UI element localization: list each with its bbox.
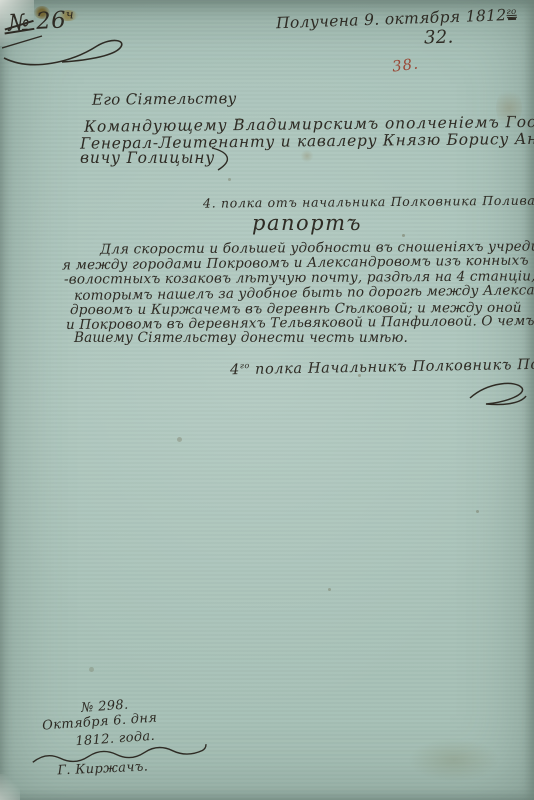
paper-stain — [300, 150, 314, 162]
report-subheading: 4. полка отъ начальника Полковника Полив… — [203, 192, 534, 210]
received-text: Получена 9. октября 1812 — [276, 6, 507, 32]
signature-text: полка Начальникъ Полковникъ Поливановъ — [250, 355, 534, 377]
registration-place: Г. Киржачъ. — [57, 759, 148, 778]
archival-number-suffix: ч — [65, 6, 74, 21]
paper-stain — [408, 738, 500, 782]
signature-flourish — [468, 378, 528, 408]
address-line-4: вичу Голицыну — [80, 149, 215, 167]
document-page: №26ч Получена 9. октября 1812го 32. 38. … — [0, 0, 534, 800]
address-line-1: Его Сіятельству — [92, 89, 237, 109]
signature-regiment-number: 4 — [230, 362, 240, 378]
received-annotation: Получена 9. октября 1812го — [276, 6, 517, 32]
registration-block: № 298. Октября 6. дня 1812. года. Г. Кир… — [25, 691, 222, 800]
body-line: Вашему Сіятельству донести честь имѣю. — [74, 330, 408, 346]
page-corner-highlight — [0, 774, 20, 800]
archival-number: 26 — [35, 7, 66, 35]
signature-superscript: го — [240, 361, 250, 370]
folio-number: 38. — [391, 54, 420, 75]
signature-line: 4го полка Начальникъ Полковникъ Поливано… — [230, 355, 534, 379]
docket-number: 32. — [424, 26, 454, 48]
report-title: рапортъ — [252, 211, 362, 235]
pen-swash — [2, 32, 152, 68]
pen-flourish — [208, 146, 242, 172]
received-superscript: го — [506, 7, 517, 18]
